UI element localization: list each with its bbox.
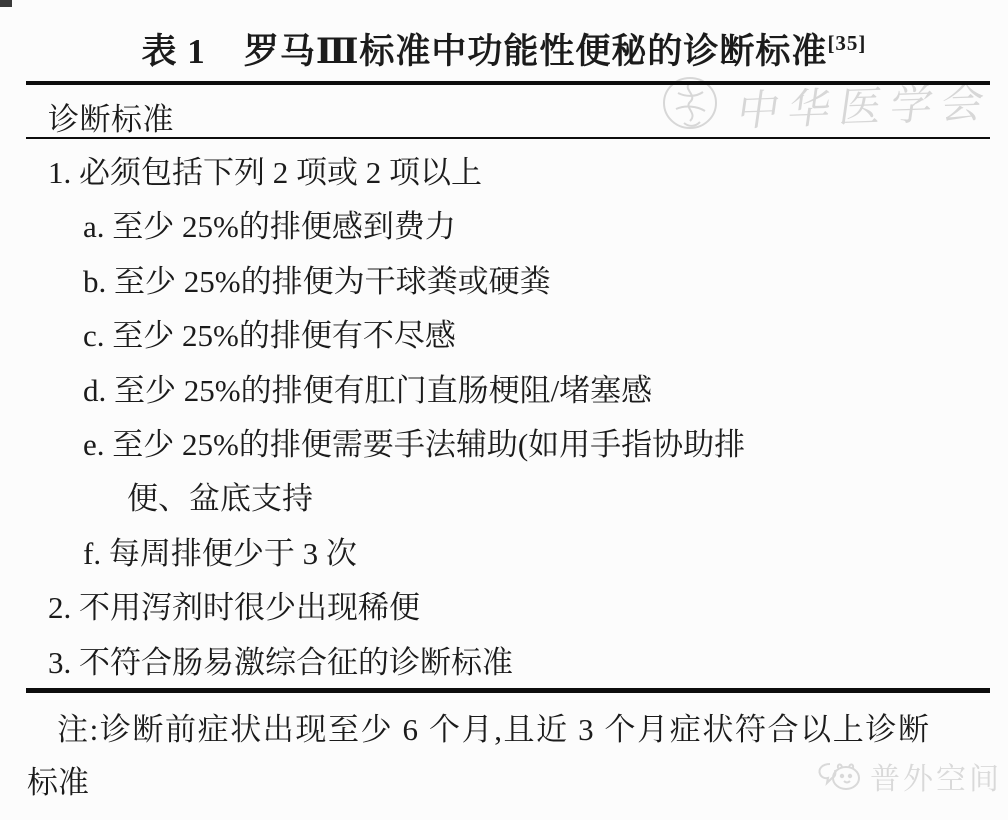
scan-artifact	[0, 0, 12, 7]
criteria-row: 3. 不符合肠易激综合征的诊断标准	[26, 636, 990, 690]
criteria-list: 1. 必须包括下列 2 项或 2 项以上 a. 至少 25%的排便感到费力 b.…	[26, 146, 990, 690]
brand-logo-icon	[816, 754, 862, 798]
society-watermark-text: 中华医学会	[734, 69, 997, 138]
criteria-row: 1. 必须包括下列 2 项或 2 项以上	[26, 146, 990, 200]
criteria-row: f. 每周排便少于 3 次	[26, 527, 990, 581]
citation-superscript: [35]	[827, 31, 866, 55]
criteria-row: b. 至少 25%的排便为干球粪或硬粪	[26, 255, 990, 309]
top-rule	[26, 81, 990, 85]
footnote-line-1: 注:诊断前症状出现至少 6 个月,且近 3 个月症状符合以上诊断	[57, 704, 931, 749]
criteria-row-continuation: 便、盆底支持	[26, 472, 990, 526]
criteria-row: d. 至少 25%的排便有肛门直肠梗阻/堵塞感	[26, 364, 990, 418]
journal-table-page: 中华医学会 表 1罗马Ⅲ标准中功能性便秘的诊断标准[35] 诊断标准 1. 必须…	[0, 0, 1008, 820]
criteria-row: e. 至少 25%的排便需要手法辅助(如用手指协助排	[26, 418, 990, 472]
brand-name: 普外空间	[870, 754, 1002, 798]
criteria-row: 2. 不用泻剂时很少出现稀便	[26, 581, 990, 635]
table-title-text: 罗马Ⅲ标准中功能性便秘的诊断标准	[244, 32, 828, 71]
brand-watermark: 普外空间	[816, 754, 1002, 798]
footnote-line-2: 标准	[27, 757, 89, 802]
table-caption: 表 1罗马Ⅲ标准中功能性便秘的诊断标准[35]	[0, 24, 1008, 74]
table-number: 表 1	[142, 32, 206, 71]
criteria-row: a. 至少 25%的排便感到费力	[26, 200, 990, 254]
column-header: 诊断标准	[48, 94, 174, 139]
criteria-row: c. 至少 25%的排便有不尽感	[26, 309, 990, 363]
